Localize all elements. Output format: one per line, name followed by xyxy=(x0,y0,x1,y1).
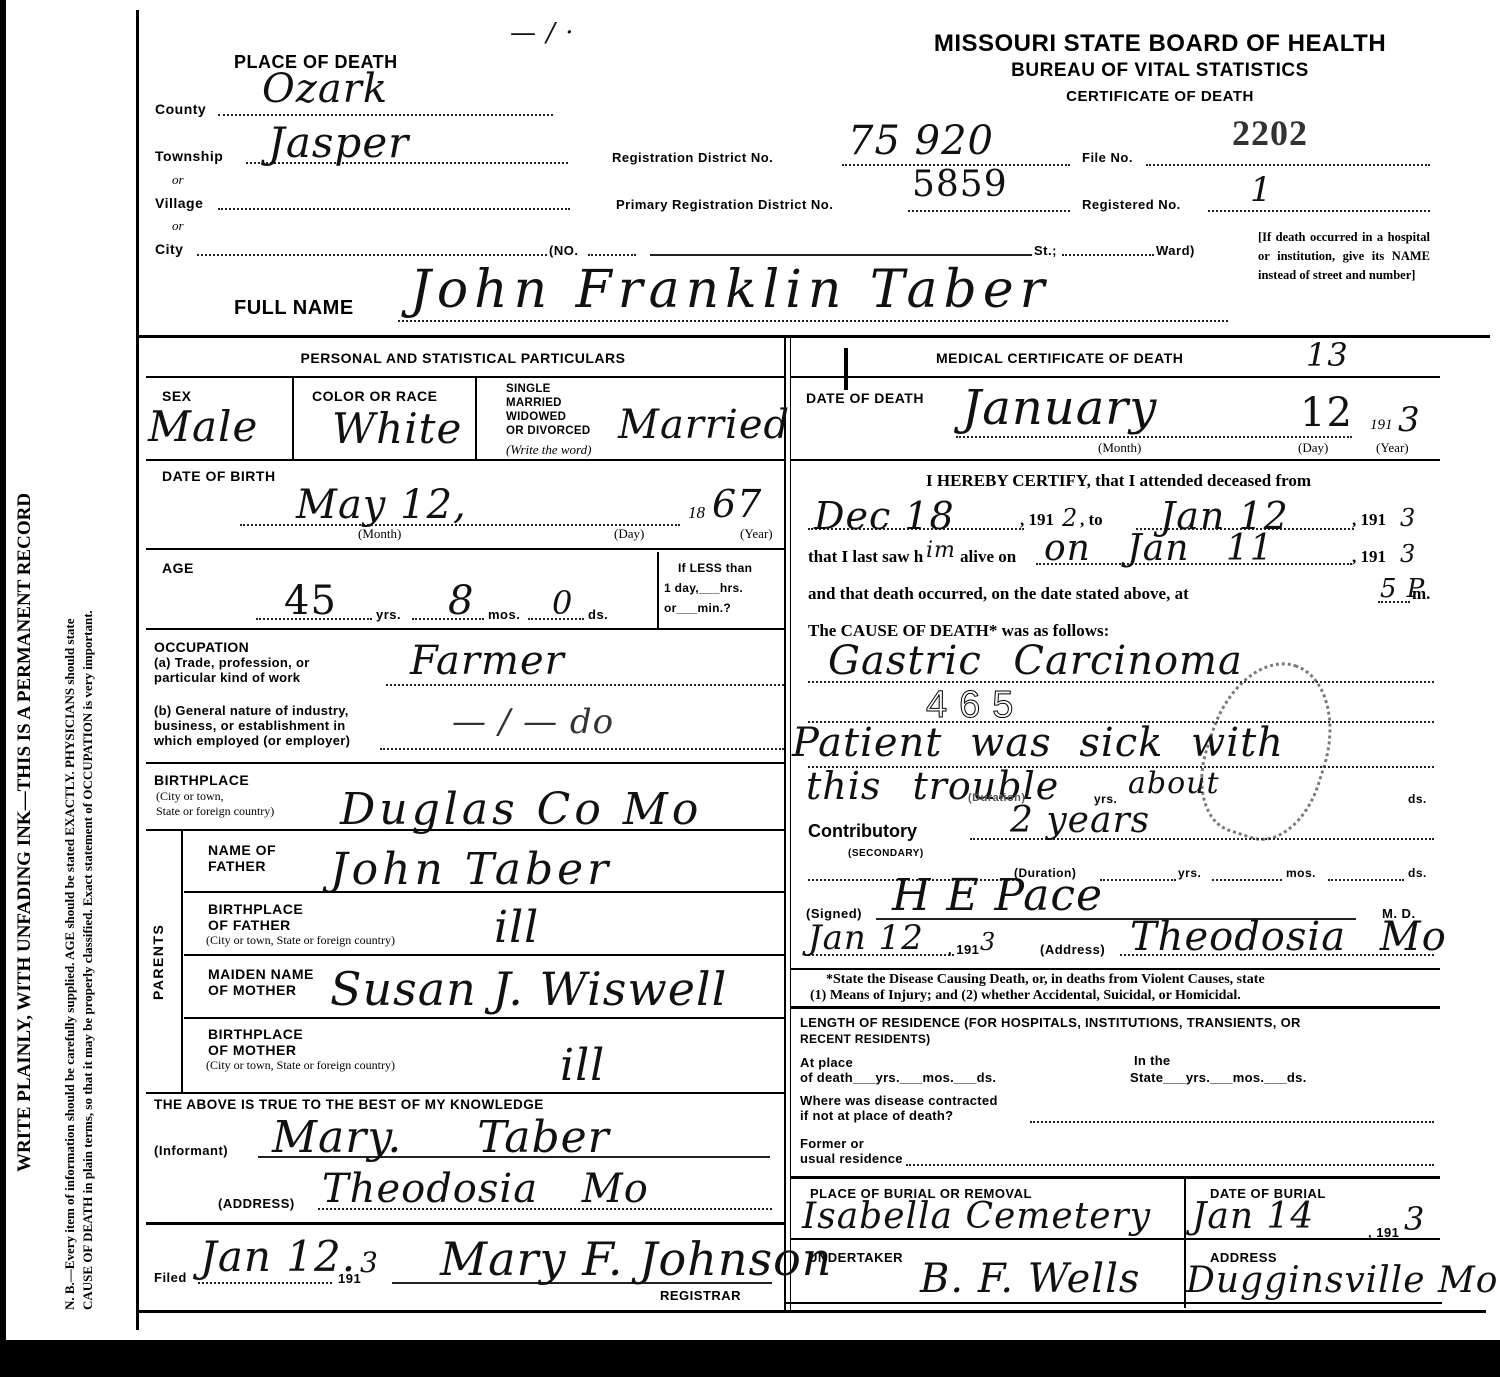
street-no-label: (NO. xyxy=(549,243,578,258)
bureau-title: BUREAU OF VITAL STATISTICS xyxy=(880,60,1440,82)
sex-race-divider xyxy=(292,378,294,460)
father-row-separator xyxy=(184,891,784,893)
medical-section-title: MEDICAL CERTIFICATE OF DEATH xyxy=(936,350,1183,366)
primary-district-line xyxy=(908,210,1070,212)
medical-title-mark: 13 xyxy=(1306,336,1349,374)
mother-bp-hint: (City or town, State or foreign country) xyxy=(206,1058,395,1073)
less-than-line-2: 1 day,___hrs. xyxy=(664,578,752,598)
secondary-label: (SECONDARY) xyxy=(848,848,924,859)
form-bottom-border xyxy=(136,1310,1486,1313)
contributory-value[interactable]: 2 years xyxy=(1010,800,1150,841)
birthplace-hint-1: (City or town, xyxy=(156,789,224,804)
marital-option-married: MARRIED xyxy=(506,396,590,410)
scan-edge-left xyxy=(0,0,6,1377)
dob-row-separator xyxy=(146,548,784,550)
certificate-title: CERTIFICATE OF DEATH xyxy=(880,88,1440,105)
filed-date-value[interactable]: Jan 12. xyxy=(200,1232,356,1281)
to-label: , to xyxy=(1080,510,1103,530)
last-saw-text-2: alive on xyxy=(960,547,1016,567)
mother-name-label-1: MAIDEN NAME xyxy=(208,966,314,982)
dob-year[interactable]: 67 xyxy=(712,482,762,526)
marital-option-widowed: WIDOWED xyxy=(506,410,590,424)
village-line xyxy=(218,208,570,210)
mother-bp-label-2: OF MOTHER xyxy=(208,1042,297,1058)
father-name-value[interactable]: John Taber xyxy=(330,844,612,895)
dod-day-value[interactable]: 12 xyxy=(1300,390,1353,436)
signed-year-prefix: , 191 xyxy=(948,942,979,957)
father-bp-label-1: BIRTHPLACE xyxy=(208,901,303,917)
filed-label: Filed xyxy=(154,1270,187,1285)
age-less-divider xyxy=(657,552,659,628)
age-row-separator xyxy=(146,628,784,630)
ward-line xyxy=(1062,254,1154,256)
father-bp-value[interactable]: ill xyxy=(494,902,539,953)
occupation-line xyxy=(386,684,784,686)
dob-year-hint: (Year) xyxy=(740,526,773,542)
undertaker-value[interactable]: B. F. Wells xyxy=(920,1256,1140,1302)
full-name-value[interactable]: John Franklin Taber xyxy=(410,260,1050,320)
less-than-line-3: or___min.? xyxy=(664,598,752,618)
contrib-duration-ds: ds. xyxy=(1408,866,1427,880)
dob-year-prefix: 18 xyxy=(688,503,705,523)
less-than-day: If LESS than 1 day,___hrs. or___min.? xyxy=(664,558,752,618)
filed-year-value[interactable]: 3 xyxy=(360,1246,379,1279)
residence-separator xyxy=(790,1176,1440,1179)
signed-date-value[interactable]: Jan 12 xyxy=(808,918,924,958)
former-residence-line[interactable] xyxy=(906,1164,1434,1166)
filed-date-line xyxy=(198,1282,332,1284)
age-yrs-label: yrs. xyxy=(376,607,401,622)
county-line xyxy=(218,114,553,116)
contrib-duration-line-3 xyxy=(1212,879,1282,881)
stray-pen-marks: — / · xyxy=(510,18,575,48)
primary-district-label: Primary Registration District No. xyxy=(616,197,833,212)
occupation-label-block: OCCUPATION (a) Trade, profession, or par… xyxy=(154,640,310,685)
residence-title-2: RECENT RESIDENTS) xyxy=(800,1032,930,1046)
last-saw-text-1: that I last saw h xyxy=(808,547,923,567)
former-residence-label-1: Former or xyxy=(800,1137,864,1151)
or-label-1: or xyxy=(172,172,184,188)
footnote-line-2: (1) Means of Injury; and (2) whether Acc… xyxy=(810,988,1241,1004)
street-no-line xyxy=(588,254,636,256)
marital-row-separator xyxy=(146,459,784,461)
sex-value[interactable]: Male xyxy=(148,402,258,451)
dod-year-prefix: 191 xyxy=(1370,417,1393,434)
footnote-line-1: *State the Disease Causing Death, or, in… xyxy=(826,972,1265,988)
burial-date-value[interactable]: Jan 14 xyxy=(1192,1196,1314,1237)
mother-row-separator xyxy=(184,1017,784,1019)
industry-value[interactable]: — / — do xyxy=(452,702,614,742)
at-place-label-2: of death___yrs.___mos.___ds. xyxy=(800,1071,996,1085)
marital-value[interactable]: Married xyxy=(618,402,790,448)
in-state-label-1: In the xyxy=(1134,1054,1170,1068)
column-divider xyxy=(784,338,786,1310)
contrib-duration-line-2 xyxy=(1100,879,1176,881)
parents-bottom-separator xyxy=(146,1092,784,1094)
file-no-value[interactable]: 2202 xyxy=(1232,112,1308,154)
informant-address-label: (ADDRESS) xyxy=(218,1196,295,1211)
contrib-duration-mos: mos. xyxy=(1286,866,1316,880)
personal-title-separator xyxy=(146,376,784,378)
birthplace-row-separator xyxy=(146,829,784,831)
industry-line-3: which employed (or employer) xyxy=(154,733,350,748)
contracted-line[interactable] xyxy=(1030,1121,1434,1123)
dob-month-day[interactable]: May 12, xyxy=(296,482,467,528)
informant-address-value[interactable]: Theodosia Mo xyxy=(322,1166,649,1212)
parents-label: PARENTS xyxy=(150,924,166,1000)
residence-title-1: LENGTH OF RESIDENCE (FOR HOSPITALS, INST… xyxy=(800,1016,1301,1030)
birthplace-value[interactable]: Duglas Co Mo xyxy=(340,784,702,835)
dod-line xyxy=(956,436,1352,438)
mother-bp-label-1: BIRTHPLACE xyxy=(208,1026,303,1042)
race-marital-divider xyxy=(475,378,477,460)
street-label: St.; xyxy=(1034,243,1057,258)
knowledge-statement: THE ABOVE IS TRUE TO THE BEST OF MY KNOW… xyxy=(154,1097,544,1112)
less-than-line-1: If LESS than xyxy=(664,558,752,578)
full-name-line xyxy=(398,320,1228,322)
dod-month-hint: (Month) xyxy=(1098,440,1141,456)
age-label: AGE xyxy=(162,560,194,576)
burial-year-value[interactable]: 3 xyxy=(1404,1200,1425,1238)
file-no-label: File No. xyxy=(1082,150,1133,165)
burial-place-value[interactable]: Isabella Cemetery xyxy=(802,1196,1151,1237)
registration-district-value[interactable]: 75 920 xyxy=(848,118,994,164)
father-name-label-1: NAME OF xyxy=(208,842,276,858)
contrib-duration-line-4 xyxy=(1328,879,1404,881)
occupation-value[interactable]: Farmer xyxy=(410,638,565,684)
personal-section-title: PERSONAL AND STATISTICAL PARTICULARS xyxy=(148,350,778,366)
occupation-label: OCCUPATION xyxy=(154,640,310,655)
father-bp-label-2: OF FATHER xyxy=(208,917,291,933)
contracted-label-2: if not at place of death? xyxy=(800,1109,953,1123)
dob-label: DATE OF BIRTH xyxy=(162,468,276,484)
street-line xyxy=(650,254,1032,256)
registered-no-value[interactable]: 1 xyxy=(1250,170,1273,210)
at-place-label-1: At place xyxy=(800,1056,853,1070)
to-year-value[interactable]: 3 xyxy=(1400,504,1416,532)
board-title: MISSOURI STATE BOARD OF HEALTH xyxy=(880,30,1440,58)
in-state-label-2: State___yrs.___mos.___ds. xyxy=(1130,1071,1307,1085)
mother-name-value[interactable]: Susan J. Wiswell xyxy=(330,962,727,1016)
registrar-label: REGISTRAR xyxy=(660,1288,741,1303)
time-meridian-label: m. xyxy=(1412,584,1430,604)
marital-hint: (Write the word) xyxy=(506,442,591,458)
marital-option-divorced: OR DIVORCED xyxy=(506,424,590,438)
informant-value[interactable]: Mary. Taber xyxy=(272,1112,610,1163)
village-label: Village xyxy=(155,195,203,211)
city-line xyxy=(197,254,547,256)
column-divider-inner xyxy=(790,338,791,1310)
marital-option-single: SINGLE xyxy=(506,382,590,396)
from-year-prefix: , 191 xyxy=(1020,510,1054,530)
race-value[interactable]: White xyxy=(332,404,462,453)
birthplace-label: BIRTHPLACE xyxy=(154,772,249,788)
scan-edge-bottom xyxy=(0,1340,1500,1377)
sig-address-value[interactable]: Theodosia Mo xyxy=(1130,914,1447,960)
nb-notice-line-1: N. B.—Every item of information should b… xyxy=(62,618,78,1310)
hospital-note: [If death occurred in a hospital or inst… xyxy=(1258,228,1430,285)
county-value[interactable]: Ozark xyxy=(262,66,388,112)
dod-day-hint: (Day) xyxy=(1298,440,1328,456)
mother-name-label-2: OF MOTHER xyxy=(208,982,297,998)
registrar-signature[interactable]: Mary F. Johnson xyxy=(440,1232,832,1286)
age-months[interactable]: 8 xyxy=(448,578,474,624)
nb-notice-line-2: CAUSE OF DEATH in plain terms, so that i… xyxy=(80,610,96,1310)
dod-year-value[interactable]: 3 xyxy=(1398,400,1421,440)
industry-line-1: (b) General nature of industry, xyxy=(154,703,350,718)
contrib-duration-yrs: yrs. xyxy=(1178,866,1201,880)
certify-statement: I HEREBY CERTIFY, that I attended deceas… xyxy=(926,471,1311,491)
undertaker-label: UNDERTAKER xyxy=(808,1250,903,1265)
footnote-separator xyxy=(790,1006,1440,1009)
signature-separator xyxy=(790,968,1440,970)
last-saw-date-value[interactable]: on Jan 11 xyxy=(1044,528,1274,569)
full-name-label: FULL NAME xyxy=(234,297,354,320)
township-value[interactable]: Jasper xyxy=(268,118,409,167)
last-saw-year-value[interactable]: 3 xyxy=(1400,540,1416,568)
industry-line xyxy=(380,748,784,750)
physician-signature[interactable]: H E Pace xyxy=(892,870,1103,921)
last-saw-pronoun[interactable]: im xyxy=(926,538,956,563)
permanent-record-notice: WRITE PLAINLY, WITH UNFADING INK—THIS IS… xyxy=(14,493,36,1172)
burial-row-separator xyxy=(790,1238,1440,1240)
informant-label: (Informant) xyxy=(154,1143,228,1158)
primary-district-value[interactable]: 5859 xyxy=(912,164,1008,205)
father-bp-hint: (City or town, State or foreign country) xyxy=(206,933,395,948)
sig-address-label: (Address) xyxy=(1040,942,1105,957)
industry-label-block: (b) General nature of industry, business… xyxy=(154,703,350,748)
registered-no-label: Registered No. xyxy=(1082,197,1181,212)
from-date-value[interactable]: Dec 18 xyxy=(814,494,955,538)
age-years[interactable]: 45 xyxy=(284,578,337,624)
mother-bp-value[interactable]: ill xyxy=(560,1040,605,1091)
undertaker-address-value[interactable]: Dugginsville Mo xyxy=(1186,1260,1498,1301)
dod-label: DATE OF DEATH xyxy=(806,390,924,406)
ward-label: Ward) xyxy=(1156,243,1195,258)
medical-title-separator xyxy=(790,376,1440,378)
parents-divider xyxy=(181,831,183,1093)
occupation-row-separator xyxy=(146,762,784,764)
dob-month-hint: (Month) xyxy=(358,526,401,542)
to-year-prefix: , 191 xyxy=(1352,510,1386,530)
marital-options: SINGLE MARRIED WIDOWED OR DIVORCED xyxy=(506,382,590,438)
dod-month-value[interactable]: January xyxy=(962,380,1157,436)
age-mos-label: mos. xyxy=(488,607,520,622)
medical-pen-stroke xyxy=(844,348,848,390)
last-saw-year-prefix: , 191 xyxy=(1352,547,1386,567)
filed-year-prefix: 191 xyxy=(338,1271,361,1286)
township-label: Township xyxy=(155,148,223,164)
full-name-separator xyxy=(136,335,1490,338)
contracted-label-1: Where was disease contracted xyxy=(800,1094,998,1108)
dod-row-separator xyxy=(790,459,1440,461)
form-left-border xyxy=(136,10,139,1330)
informant-separator xyxy=(146,1222,784,1225)
file-no-line xyxy=(1146,164,1430,166)
registered-no-line xyxy=(1208,210,1430,212)
occupation-a-line-1: (a) Trade, profession, or xyxy=(154,655,310,670)
occupation-a-line-2: particular kind of work xyxy=(154,670,310,685)
county-label: County xyxy=(155,101,206,117)
father-bp-row-separator xyxy=(184,954,784,956)
cause-primary-value[interactable]: Gastric Carcinoma xyxy=(828,638,1243,684)
signed-year-value[interactable]: 3 xyxy=(980,928,996,956)
age-days[interactable]: 0 xyxy=(552,584,573,622)
birthplace-hint-2: State or foreign country) xyxy=(156,804,274,819)
cause-duration-ds: ds. xyxy=(1408,792,1427,806)
registration-district-label: Registration District No. xyxy=(612,150,773,165)
age-ds-label: ds. xyxy=(588,607,608,622)
industry-line-2: business, or establishment in xyxy=(154,718,350,733)
former-residence-label-2: usual residence xyxy=(800,1152,903,1166)
contributory-label: Contributory xyxy=(808,821,917,842)
father-name-label-2: FATHER xyxy=(208,858,266,874)
dob-day-hint: (Day) xyxy=(614,526,644,542)
race-label: COLOR OR RACE xyxy=(312,388,438,404)
certificate-header: MISSOURI STATE BOARD OF HEALTH BUREAU OF… xyxy=(880,30,1440,105)
city-label: City xyxy=(155,241,183,257)
burial-bottom-separator xyxy=(786,1302,1442,1304)
death-occurred-text: and that death occurred, on the date sta… xyxy=(808,584,1189,604)
or-label-2: or xyxy=(172,218,184,234)
dod-year-hint: (Year) xyxy=(1376,440,1409,456)
